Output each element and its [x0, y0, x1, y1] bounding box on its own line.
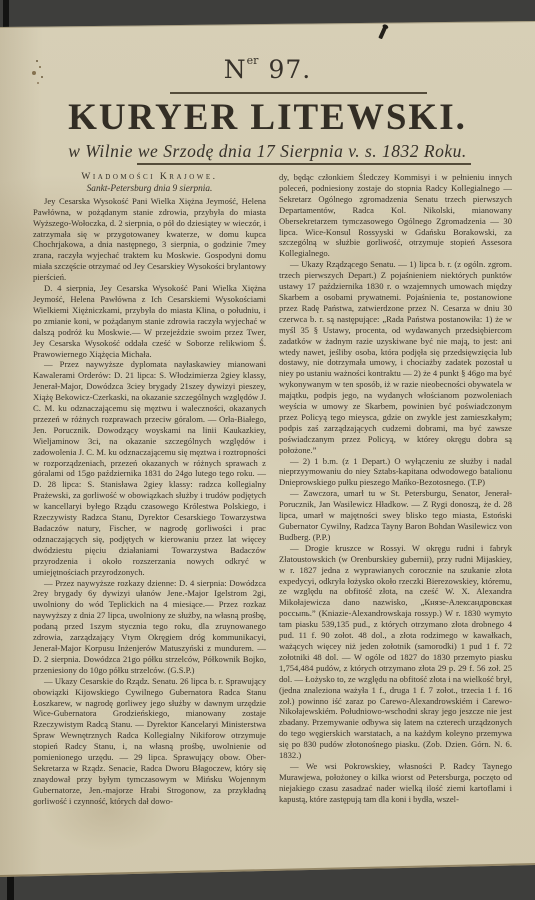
body-columns: Wiadomości Krajowe. Sankt-Petersburg dni… — [33, 172, 512, 844]
place-dateline: Sankt-Petersburg dnia 9 sierpnia. — [33, 184, 266, 195]
edition-dateline: w Wilnie we Srzodę dnia 17 Sierpnia v. s… — [0, 141, 535, 162]
issue-value: 97. — [268, 55, 311, 84]
section-heading: Wiadomości Krajowe. — [33, 172, 266, 183]
article-paragraph: — Zawczora, umarł tu w St. Petersburgu, … — [279, 488, 512, 543]
article-paragraph: — Przez naywyższe dyplomata nayłaskawiey… — [33, 359, 266, 577]
paper-top-edge — [0, 20, 535, 27]
masthead-rule-top — [170, 92, 427, 94]
issue-superscript: er — [247, 54, 259, 67]
article-paragraph: — Ukazy Cesarskie do Rządz. Senatu. 26 l… — [33, 676, 266, 807]
newspaper-title: KURYER LITEWSKI. — [0, 96, 535, 139]
paper-bottom-edge — [0, 863, 535, 877]
book-spine-top — [3, 0, 9, 28]
article-paragraph: Jey Cesarska Wysokość Pani Wielka Xiężna… — [33, 196, 266, 283]
article-paragraph: D. 4 sierpnia, Jey Cesarska Wysokość Pan… — [33, 283, 266, 359]
issue-number: Ner97. — [0, 54, 535, 84]
photo-background: Ner97. KURYER LITEWSKI. w Wilnie we Srzo… — [0, 0, 535, 900]
article-paragraph: — 2) 1 b.m. (z 1 Depart.) O wyłączeniu z… — [279, 456, 512, 489]
article-paragraph: — Drogie kruszce w Rossyi. W okręgu rudn… — [279, 543, 512, 761]
article-paragraph: — Ukazy Rządzącego Senatu. — 1) lipca b.… — [279, 259, 512, 455]
article-paragraph: — Przez naywyższe rozkazy dzienne: D. 4 … — [33, 578, 266, 676]
issue-prefix: N — [224, 55, 247, 84]
article-paragraph: — We wsi Pokrowskiey, własności P. Radcy… — [279, 761, 512, 805]
ink-mark — [378, 25, 387, 39]
newspaper-page: Ner97. KURYER LITEWSKI. w Wilnie we Srzo… — [0, 0, 535, 900]
masthead-rule-bottom — [137, 163, 471, 165]
article-paragraph: dy, będąc członkiem Śledczey Kommisyi i … — [279, 172, 512, 259]
